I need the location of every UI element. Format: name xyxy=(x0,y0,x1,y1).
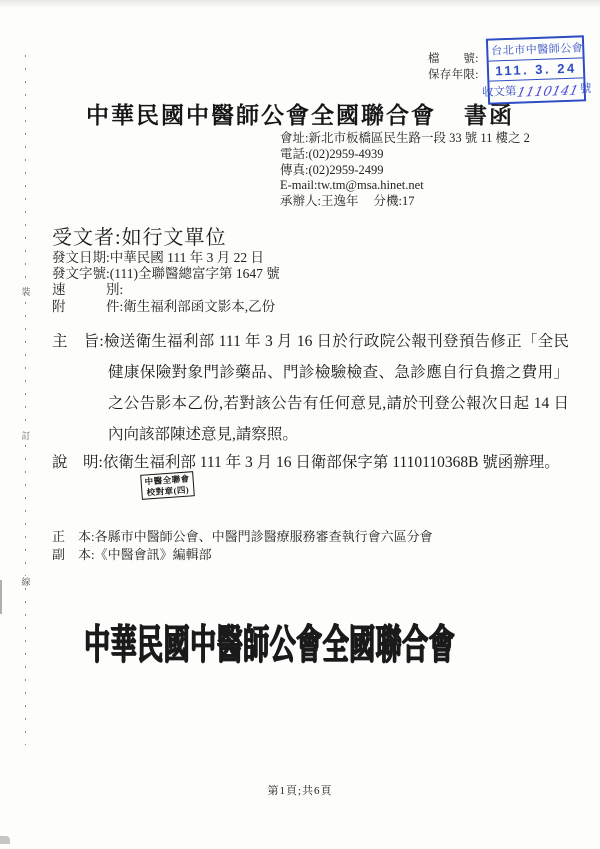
scan-top-edge xyxy=(0,0,600,8)
recipient-label: 受文者 xyxy=(52,227,115,249)
contact-fax-row: 傳真:(02)2959-2499 xyxy=(280,163,530,179)
retention-period-label: 保存年限: xyxy=(428,68,479,84)
meta-attachment: 附 件:衛生福利部函文影本,乙份 xyxy=(52,299,280,315)
contact-phone: (02)2959-4939 xyxy=(309,147,384,161)
copies-block: 正 本:各縣市中醫師公會、中醫門診醫療服務審查執行會六區分會 副 本:《中醫會訊… xyxy=(52,528,433,564)
scan-bottom-corner-smudge xyxy=(0,836,10,844)
organization-signature-calligraphy: 中華民國中醫師公會全國聯合會 xyxy=(84,613,455,670)
contact-block: 會址:新北市板橋區民生路一段 33 號 11 樓之 2 電話:(02)2959-… xyxy=(280,131,530,210)
receipt-stamp: 台北市中醫師公會 111. 3. 24 收文第 1110141 號 xyxy=(486,35,586,104)
contact-extension: 分機:17 xyxy=(374,194,415,208)
meta-block: 發文日期:中華民國 111 年 3 月 22 日 發文字號:(111)全聯醫總富… xyxy=(52,250,280,315)
description-text: 依衛生福利部 111 年 3 月 16 日衛部保字第 1110110368B 號… xyxy=(103,454,560,471)
contact-person-row: 承辦人:王逸年分機:17 xyxy=(280,194,530,210)
contact-address-row: 會址:新北市板橋區民生路一段 33 號 11 樓之 2 xyxy=(280,131,530,147)
recipient-value: 如行文單位 xyxy=(122,227,227,249)
document-page: 裝 訂 線 檔 號: 保存年限: 台北市中醫師公會 111. 3. 24 收文第… xyxy=(0,0,600,849)
title-organization: 中華民國中醫師公會全國聯合會 xyxy=(86,103,436,128)
subject-text: 檢送衛生福利部 111 年 3 月 16 日於行政院公報刊登預告修正「全民健康保… xyxy=(104,333,569,443)
contact-email-row: E-mail:tw.tm@msa.hinet.net xyxy=(280,178,530,194)
binding-char-zhuang: 裝 xyxy=(20,286,32,298)
contact-address: 新北市板橋區民生路一段 33 號 11 樓之 2 xyxy=(309,131,530,145)
meta-issue-date: 發文日期:中華民國 111 年 3 月 22 日 xyxy=(52,250,280,266)
contact-email: tw.tm@msa.hinet.net xyxy=(318,178,424,192)
meta-doc-number: 發文字號:(111)全聯醫總富字第 1647 號 xyxy=(52,266,280,282)
page-number-footer: 第1頁;共6頁 xyxy=(0,782,600,798)
file-number-block: 檔 號: 保存年限: xyxy=(428,52,479,83)
document-title: 中華民國中醫師公會全國聯合會書函 xyxy=(0,97,600,130)
contact-fax: (02)2959-2499 xyxy=(309,163,384,177)
scan-left-edge-mark xyxy=(0,580,2,614)
binding-char-xian: 線 xyxy=(20,576,32,588)
subject-label: 主 旨 xyxy=(52,333,99,350)
copies-original-row: 正 本:各縣市中醫師公會、中醫門診醫療服務審查執行會六區分會 xyxy=(52,528,433,546)
recipient-line: 受文者:如行文單位 xyxy=(52,221,227,250)
receipt-number-suffix: 號 xyxy=(580,80,592,96)
meta-priority: 速 別: xyxy=(52,282,280,298)
title-doctype: 書函 xyxy=(464,103,514,128)
binding-char-ding: 訂 xyxy=(20,430,32,442)
proof-stamp: 中醫全聯會 校對章(四) xyxy=(140,471,195,500)
binding-dotted-line xyxy=(25,55,26,745)
copies-duplicate-row: 副 本:《中醫會訊》編輯部 xyxy=(52,546,433,564)
subject-paragraph: 主 旨:檢送衛生福利部 111 年 3 月 16 日於行政院公報刊登預告修正「全… xyxy=(52,326,569,450)
description-paragraph: 說 明:依衛生福利部 111 年 3 月 16 日衛部保字第 111011036… xyxy=(52,447,569,478)
contact-phone-row: 電話:(02)2959-4939 xyxy=(280,147,530,163)
contact-person: 王逸年 xyxy=(321,194,359,208)
description-label: 說 明 xyxy=(52,454,99,471)
archive-number-label: 檔 號: xyxy=(428,52,479,68)
